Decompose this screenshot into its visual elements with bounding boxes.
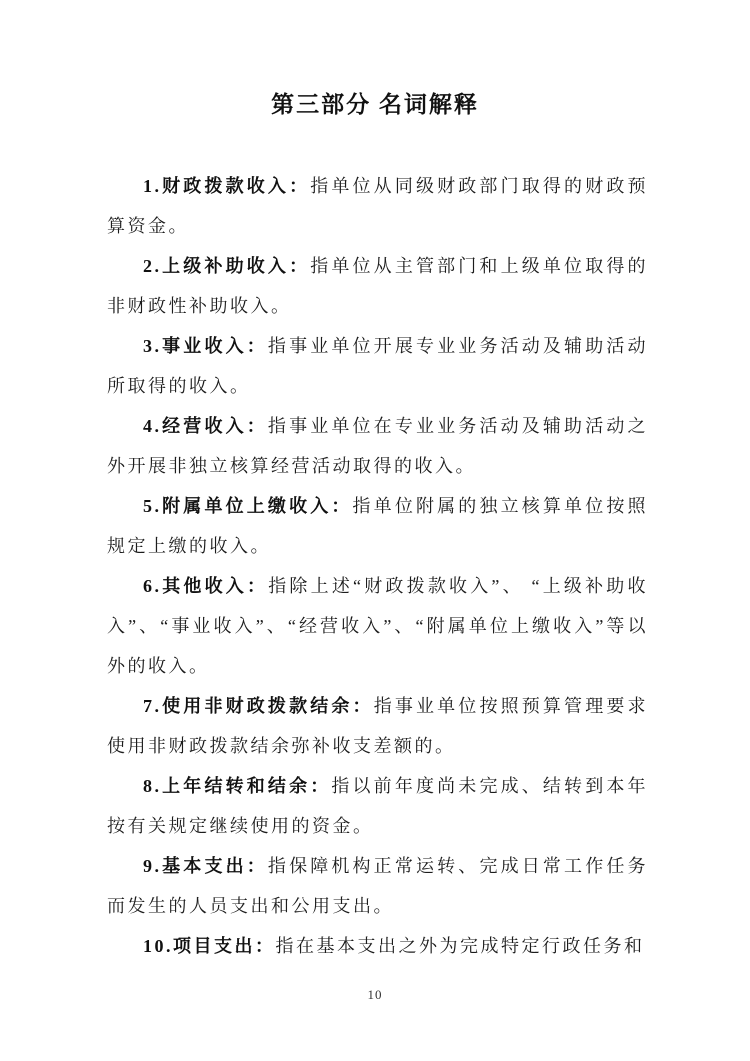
document-body: 1.财政拨款收入：指单位从同级财政部门取得的财政预算资金。 2.上级补助收入：指… <box>0 166 750 966</box>
term-label: 7.使用非财政拨款结余： <box>143 696 374 716</box>
term-label: 8.上年结转和结余： <box>143 776 331 796</box>
term-paragraph-4: 4.经营收入：指事业单位在专业业务活动及辅助活动之外开展非独立核算经营活动取得的… <box>107 406 648 486</box>
term-label: 9.基本支出： <box>143 856 268 876</box>
term-label: 5.附属单位上缴收入： <box>143 496 353 516</box>
term-paragraph-9: 9.基本支出：指保障机构正常运转、完成日常工作任务而发生的人员支出和公用支出。 <box>107 846 648 926</box>
term-paragraph-5: 5.附属单位上缴收入：指单位附属的独立核算单位按照规定上缴的收入。 <box>107 486 648 566</box>
term-definition: 指在基本支出之外为完成特定行政任务和 <box>276 936 645 956</box>
term-label: 10.项目支出： <box>143 936 276 956</box>
page-title: 第三部分 名词解释 <box>0 0 750 120</box>
term-label: 6.其他收入： <box>143 576 268 596</box>
term-label: 3.事业收入： <box>143 336 268 356</box>
document-page: 第三部分 名词解释 1.财政拨款收入：指单位从同级财政部门取得的财政预算资金。 … <box>0 0 750 1061</box>
term-paragraph-2: 2.上级补助收入：指单位从主管部门和上级单位取得的非财政性补助收入。 <box>107 246 648 326</box>
term-paragraph-8: 8.上年结转和结余：指以前年度尚未完成、结转到本年按有关规定继续使用的资金。 <box>107 766 648 846</box>
term-label: 4.经营收入： <box>143 416 268 436</box>
term-paragraph-7: 7.使用非财政拨款结余：指事业单位按照预算管理要求使用非财政拨款结余弥补收支差额… <box>107 686 648 766</box>
term-label: 2.上级补助收入： <box>143 256 310 276</box>
term-paragraph-6: 6.其他收入：指除上述“财政拨款收入”、 “上级补助收入”、“事业收入”、“经营… <box>107 566 648 686</box>
term-paragraph-3: 3.事业收入：指事业单位开展专业业务活动及辅助活动所取得的收入。 <box>107 326 648 406</box>
term-label: 1.财政拨款收入： <box>143 176 310 196</box>
term-paragraph-1: 1.财政拨款收入：指单位从同级财政部门取得的财政预算资金。 <box>107 166 648 246</box>
term-paragraph-10: 10.项目支出：指在基本支出之外为完成特定行政任务和 <box>107 926 648 966</box>
page-number: 10 <box>0 987 750 1003</box>
